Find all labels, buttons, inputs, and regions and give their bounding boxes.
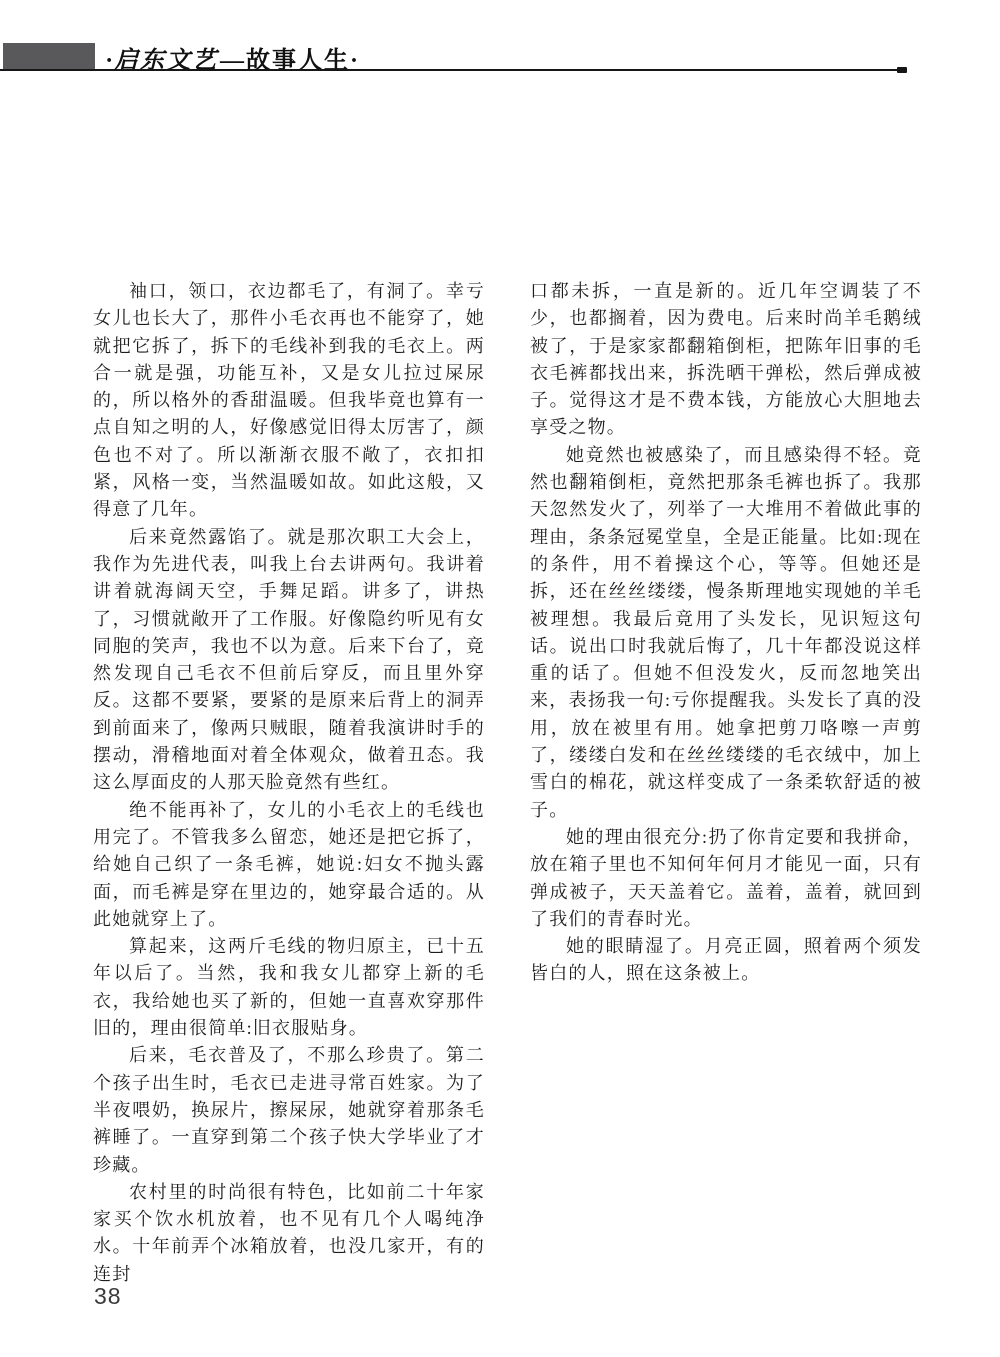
column-left: 袖口，领口，衣边都毛了，有洞了。幸亏女儿也长大了，那件小毛衣再也不能穿了，她就把… bbox=[93, 278, 485, 1288]
column-right: 口都未拆，一直是新的。近几年空调装了不少，也都搁着，因为费电。后来时尚羊毛鹅绒被… bbox=[530, 278, 922, 988]
paragraph: 她的眼睛湿了。月亮正圆，照着两个须发皆白的人，照在这条被上。 bbox=[530, 933, 922, 988]
paragraph: 后来竟然露馅了。就是那次职工大会上，我作为先进代表，叫我上台去讲两句。我讲着讲着… bbox=[93, 524, 485, 797]
magazine-page: ·启东文艺—故事人生· 袖口，领口，衣边都毛了，有洞了。幸亏女儿也长大了，那件小… bbox=[0, 0, 1000, 1357]
header-rule bbox=[0, 69, 907, 71]
header-rule-end-tick bbox=[897, 67, 907, 73]
page-number: 38 bbox=[94, 1283, 122, 1310]
paragraph: 农村里的时尚很有特色，比如前二十年家家买个饮水机放着，也不见有几个人喝纯净水。十… bbox=[93, 1179, 485, 1288]
paragraph: 袖口，领口，衣边都毛了，有洞了。幸亏女儿也长大了，那件小毛衣再也不能穿了，她就把… bbox=[93, 278, 485, 524]
paragraph: 算起来，这两斤毛线的物归原主，已十五年以后了。当然，我和我女儿都穿上新的毛衣，我… bbox=[93, 933, 485, 1042]
paragraph: 后来，毛衣普及了，不那么珍贵了。第二个孩子出生时，毛衣已走进寻常百姓家。为了半夜… bbox=[93, 1042, 485, 1178]
paragraph: 她竟然也被感染了，而且感染得不轻。竟然也翻箱倒柜，竟然把那条毛裤也拆了。我那天忽… bbox=[530, 442, 922, 824]
paragraph: 她的理由很充分:扔了你肯定要和我拼命，放在箱子里也不知何年何月才能见一面，只有弹… bbox=[530, 824, 922, 933]
paragraph: 绝不能再补了，女儿的小毛衣上的毛线也用完了。不管我多么留恋，她还是把它拆了，给她… bbox=[93, 797, 485, 933]
paragraph-continuation: 口都未拆，一直是新的。近几年空调装了不少，也都搁着，因为费电。后来时尚羊毛鹅绒被… bbox=[530, 278, 922, 442]
header-corner-block bbox=[3, 43, 95, 69]
